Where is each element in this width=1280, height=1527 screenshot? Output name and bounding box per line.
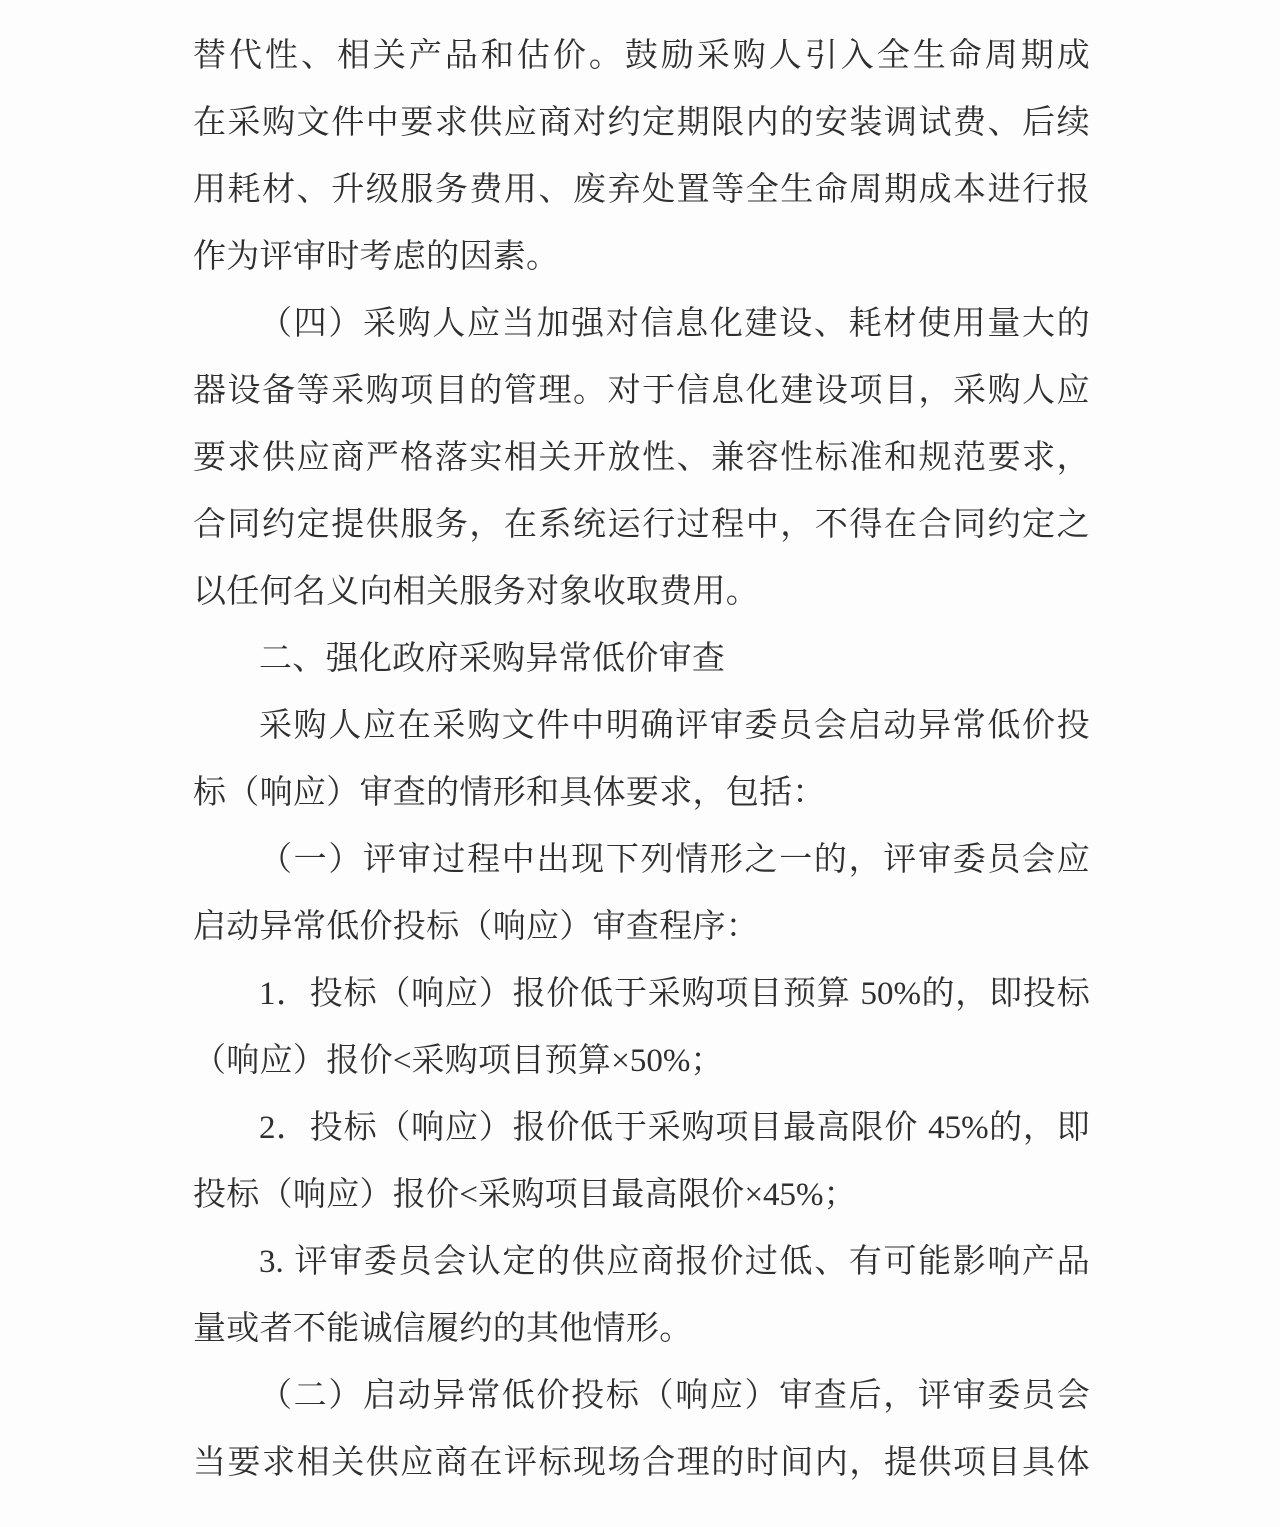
text-line: （四）采购人应当加强对信息化建设、耗材使用量大的仪 bbox=[193, 289, 1090, 356]
body-paragraph: 采购人应在采购文件中明确评审委员会启动异常低价投标（响应）审查的情形和具体要求，… bbox=[193, 691, 1090, 825]
text-line: 用耗材、升级服务费用、废弃处置等全生命周期成本进行报价， bbox=[193, 155, 1090, 222]
text-line: 标（响应）审查的情形和具体要求，包括： bbox=[193, 758, 1090, 825]
latin-numeral: 1 bbox=[259, 976, 276, 1012]
list-item: 3. 评审委员会认定的供应商报价过低、有可能影响产品质量或者不能诚信履约的其他情… bbox=[193, 1227, 1090, 1361]
list-item: 1．投标（响应）报价低于采购项目预算 50%的，即投标（响应）报价<采购项目预算… bbox=[193, 959, 1090, 1093]
latin-numeral: 50% bbox=[861, 976, 922, 1012]
latin-numeral: < bbox=[459, 1177, 478, 1213]
text-line: 以任何名义向相关服务对象收取费用。 bbox=[193, 557, 1090, 624]
latin-numeral: < bbox=[393, 1043, 412, 1079]
text-line: （二）启动异常低价投标（响应）审查后，评审委员会应 bbox=[193, 1361, 1090, 1428]
text-line: 替代性、相关产品和估价。鼓励采购人引入全生命周期成本， bbox=[193, 21, 1090, 88]
text-line: 采购人应在采购文件中明确评审委员会启动异常低价投 bbox=[193, 691, 1090, 758]
text-column: 替代性、相关产品和估价。鼓励采购人引入全生命周期成本，在采购文件中要求供应商对约… bbox=[193, 21, 1090, 1495]
text-line: 作为评审时考虑的因素。 bbox=[193, 222, 1090, 289]
text-line: 3. 评审委员会认定的供应商报价过低、有可能影响产品质 bbox=[193, 1227, 1090, 1294]
text-line: （一）评审过程中出现下列情形之一的，评审委员会应当 bbox=[193, 825, 1090, 892]
body-paragraph: （一）评审过程中出现下列情形之一的，评审委员会应当启动异常低价投标（响应）审查程… bbox=[193, 825, 1090, 959]
text-line: 量或者不能诚信履约的其他情形。 bbox=[193, 1294, 1090, 1361]
body-paragraph: （二）启动异常低价投标（响应）审查后，评审委员会应当要求相关供应商在评标现场合理… bbox=[193, 1361, 1090, 1495]
section-heading: 二、强化政府采购异常低价审查 bbox=[193, 624, 1090, 691]
text-line: 2．投标（响应）报价低于采购项目最高限价 45%的，即 bbox=[193, 1093, 1090, 1160]
text-line: 二、强化政府采购异常低价审查 bbox=[193, 624, 1090, 691]
text-line: 合同约定提供服务，在系统运行过程中，不得在合同约定之外 bbox=[193, 490, 1090, 557]
text-line: 器设备等采购项目的管理。对于信息化建设项目，采购人应当 bbox=[193, 356, 1090, 423]
text-line: 启动异常低价投标（响应）审查程序： bbox=[193, 892, 1090, 959]
latin-numeral: 2 bbox=[259, 1110, 276, 1146]
text-line: 当要求相关供应商在评标现场合理的时间内，提供项目具体成 bbox=[193, 1428, 1090, 1495]
body-continuation: 替代性、相关产品和估价。鼓励采购人引入全生命周期成本，在采购文件中要求供应商对约… bbox=[193, 21, 1090, 289]
list-item: 2．投标（响应）报价低于采购项目最高限价 45%的，即投标（响应）报价<采购项目… bbox=[193, 1093, 1090, 1227]
latin-numeral: 45% bbox=[928, 1110, 989, 1146]
latin-numeral: ×45% bbox=[744, 1177, 823, 1213]
text-line: 在采购文件中要求供应商对约定期限内的安装调试费、后续专 bbox=[193, 88, 1090, 155]
latin-numeral: 3. bbox=[259, 1244, 284, 1280]
text-line: 1．投标（响应）报价低于采购项目预算 50%的，即投标 bbox=[193, 959, 1090, 1026]
text-line: 投标（响应）报价<采购项目最高限价×45%； bbox=[193, 1160, 1090, 1227]
body-paragraph: （四）采购人应当加强对信息化建设、耗材使用量大的仪器设备等采购项目的管理。对于信… bbox=[193, 289, 1090, 624]
text-line: 要求供应商严格落实相关开放性、兼容性标准和规范要求，按 bbox=[193, 423, 1090, 490]
latin-numeral: ×50% bbox=[611, 1043, 690, 1079]
document-page: 替代性、相关产品和估价。鼓励采购人引入全生命周期成本，在采购文件中要求供应商对约… bbox=[0, 0, 1280, 1527]
text-line: （响应）报价<采购项目预算×50%； bbox=[193, 1026, 1090, 1093]
